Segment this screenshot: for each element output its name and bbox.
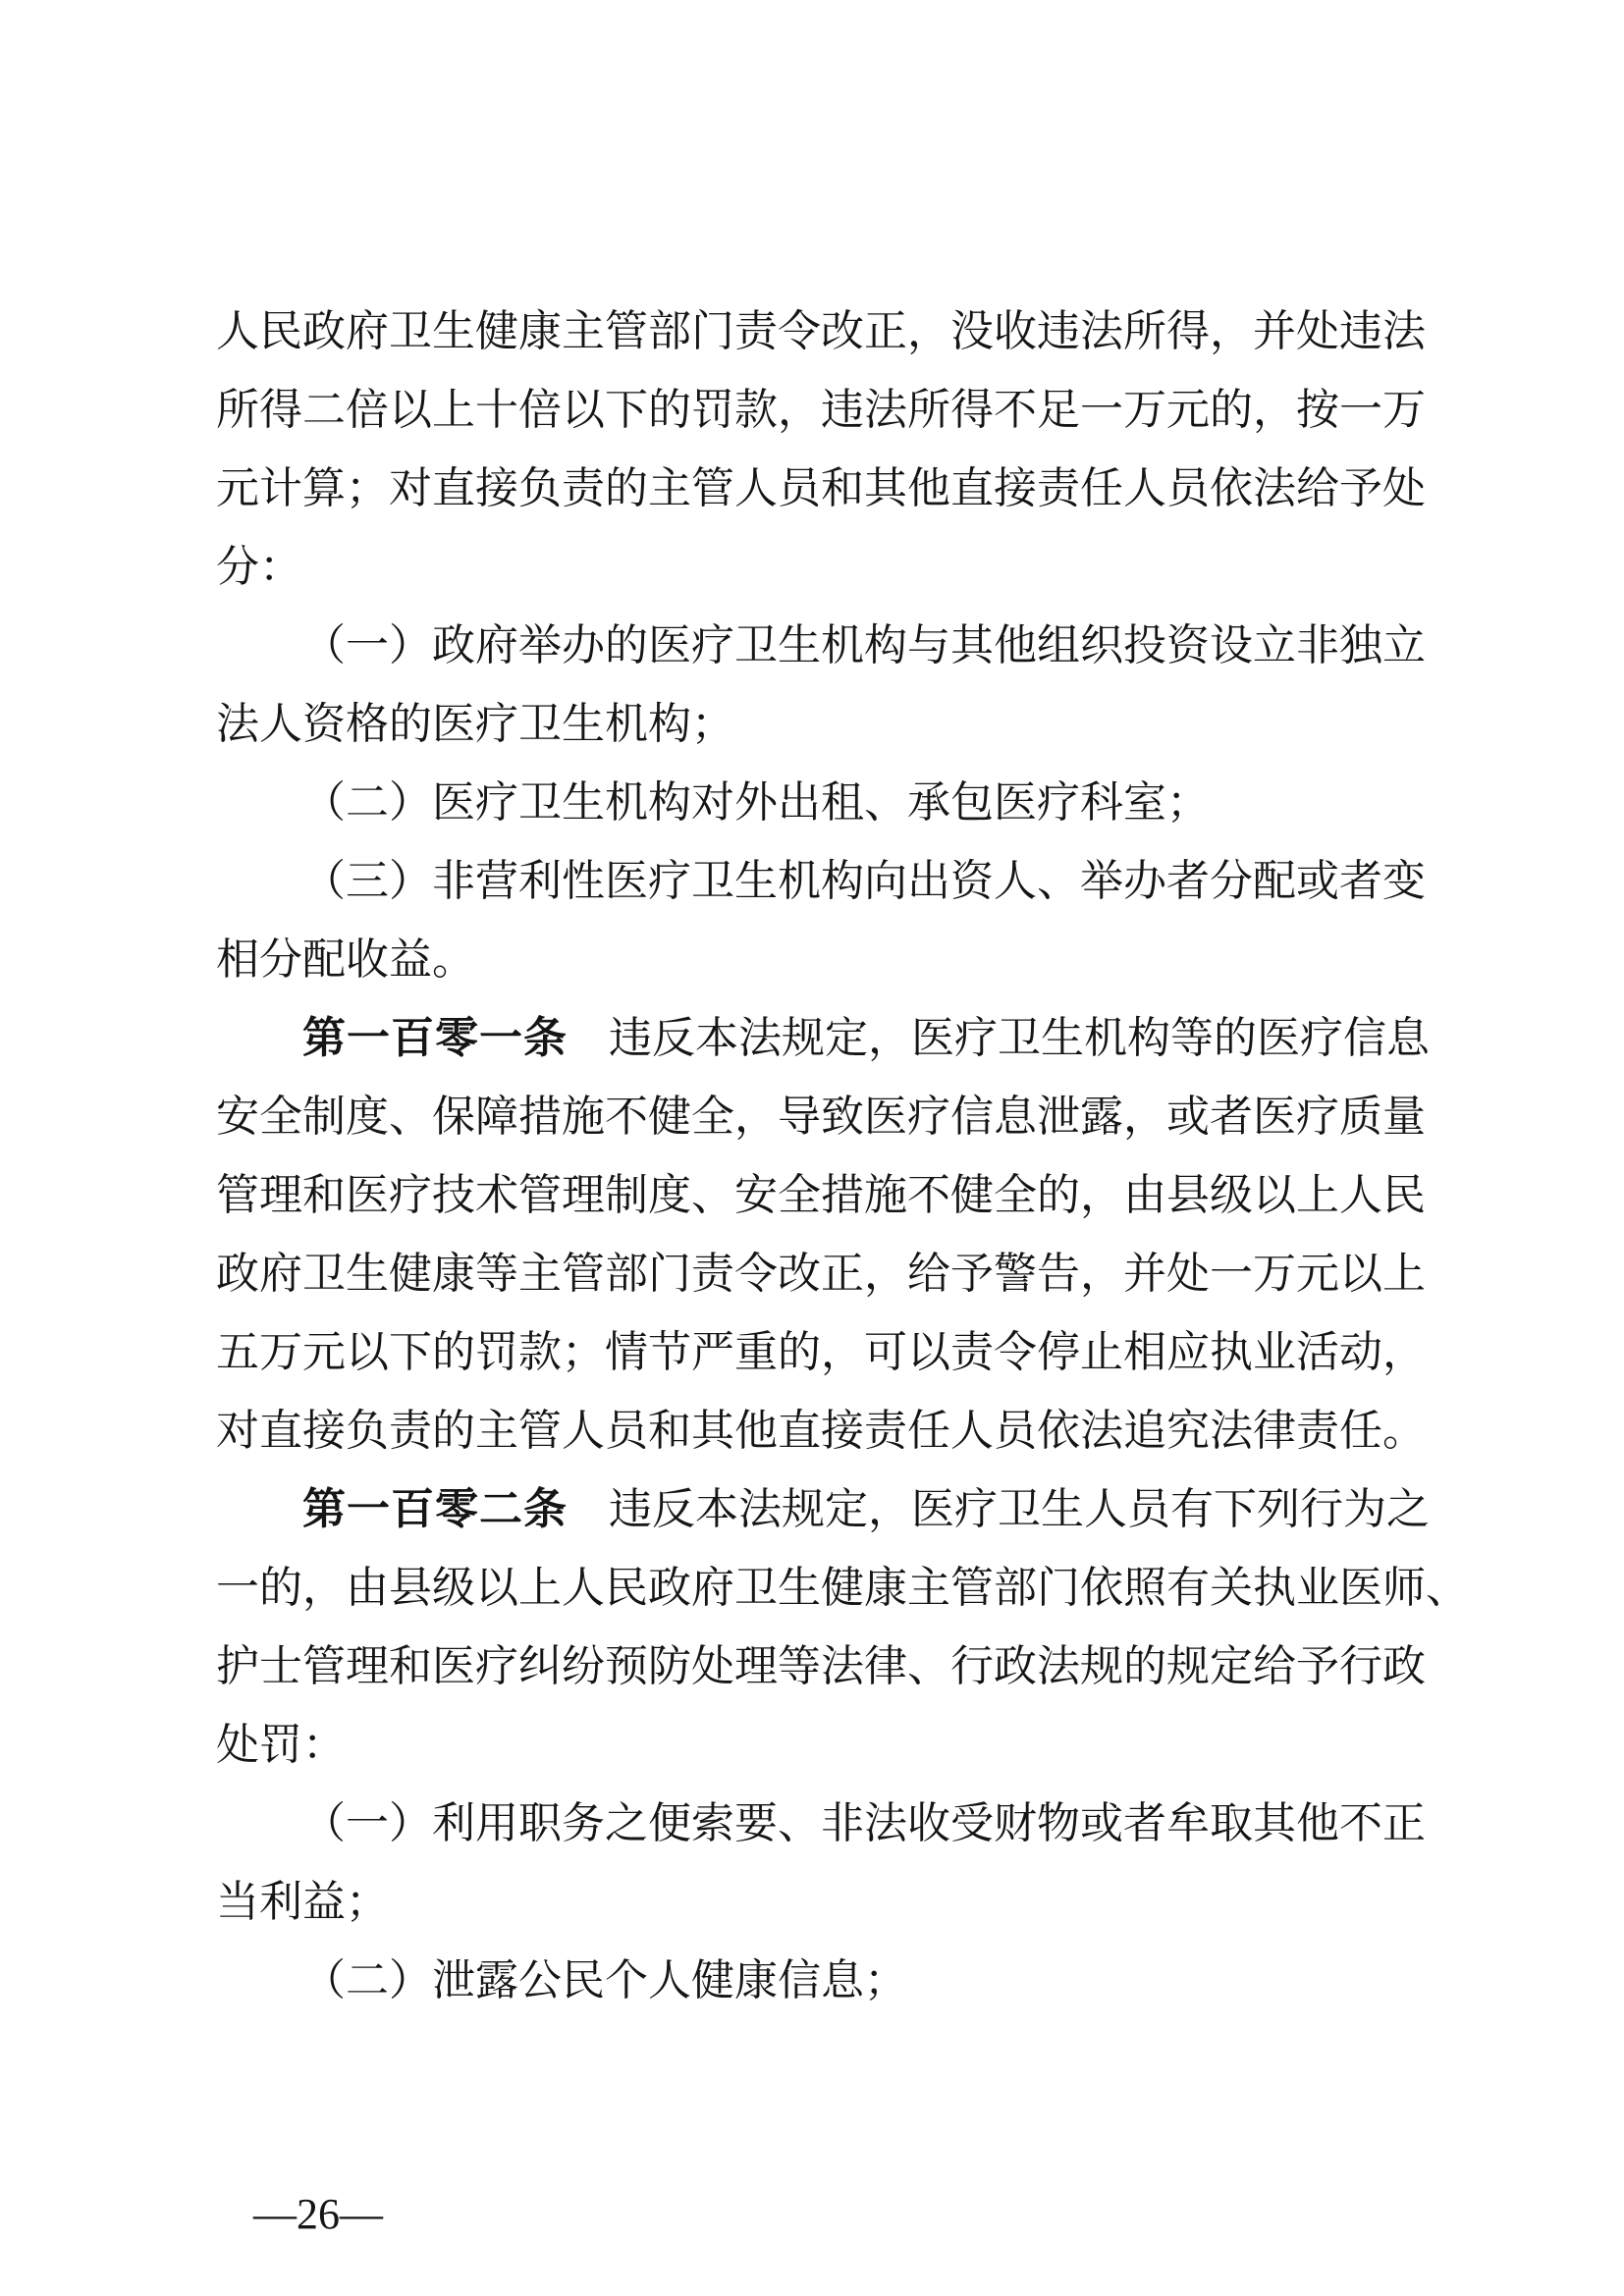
line-text: 人民政府卫生健康主管部门责令改正，没收违法所得，并处违法 [216, 307, 1426, 355]
text-line-list-item: （一）政府举办的医疗卫生机构与其他组织投资设立非独立 [216, 607, 1434, 685]
text-line-list-item: （三）非营利性医疗卫生机构向出资人、举办者分配或者变 [216, 842, 1434, 921]
text-line: 对直接负责的主管人员和其他直接责任人员依法追究法律责任。 [216, 1392, 1434, 1470]
text-line: 安全制度、保障措施不健全，导致医疗信息泄露，或者医疗质量 [216, 1078, 1434, 1156]
article-number: 第一百零二条 [302, 1485, 568, 1533]
line-text: 安全制度、保障措施不健全，导致医疗信息泄露，或者医疗质量 [216, 1093, 1426, 1141]
line-text: 分： [216, 543, 302, 591]
text-line: 当利益； [216, 1863, 1434, 1942]
text-line: 法人资格的医疗卫生机构； [216, 685, 1434, 764]
text-line: 元计算；对直接负责的主管人员和其他直接责任人员依法给予处 [216, 450, 1434, 528]
line-text: 违反本法规定，医疗卫生机构等的医疗信息 [609, 1014, 1430, 1062]
line-text: （二）泄露公民个人健康信息； [302, 1956, 907, 2004]
line-text: 处罚： [216, 1721, 346, 1769]
text-line-list-item: （二）泄露公民个人健康信息； [216, 1942, 1434, 2020]
body-text-block: 人民政府卫生健康主管部门责令改正，没收违法所得，并处违法 所得二倍以上十倍以下的… [216, 293, 1434, 2020]
text-line-article-heading: 第一百零二条违反本法规定，医疗卫生人员有下列行为之 [216, 1470, 1434, 1549]
text-line: 处罚： [216, 1706, 1434, 1785]
line-text: （三）非营利性医疗卫生机构向出资人、举办者分配或者变 [302, 857, 1426, 905]
document-page: 人民政府卫生健康主管部门责令改正，没收违法所得，并处违法 所得二倍以上十倍以下的… [0, 0, 1624, 2296]
text-line: 护士管理和医疗纠纷预防处理等法律、行政法规的规定给予行政 [216, 1628, 1434, 1706]
line-text: 管理和医疗技术管理制度、安全措施不健全的，由县级以上人民 [216, 1171, 1426, 1219]
line-text: 元计算；对直接负责的主管人员和其他直接责任人员依法给予处 [216, 464, 1426, 512]
text-line-list-item: （二）医疗卫生机构对外出租、承包医疗科室； [216, 764, 1434, 842]
line-text: 对直接负责的主管人员和其他直接责任人员依法追究法律责任。 [216, 1407, 1426, 1455]
text-line: 所得二倍以上十倍以下的罚款，违法所得不足一万元的，按一万 [216, 371, 1434, 450]
line-text: 相分配收益。 [216, 935, 475, 984]
text-line-list-item: （一）利用职务之便索要、非法收受财物或者牟取其他不正 [216, 1785, 1434, 1863]
line-text: 五万元以下的罚款；情节严重的，可以责令停止相应执业活动， [216, 1328, 1426, 1376]
text-line-article-heading: 第一百零一条违反本法规定，医疗卫生机构等的医疗信息 [216, 999, 1434, 1078]
text-line: 人民政府卫生健康主管部门责令改正，没收违法所得，并处违法 [216, 293, 1434, 371]
line-text: （一）利用职务之便索要、非法收受财物或者牟取其他不正 [302, 1799, 1426, 1847]
line-text: 所得二倍以上十倍以下的罚款，违法所得不足一万元的，按一万 [216, 386, 1426, 434]
line-text: 当利益； [216, 1878, 389, 1926]
text-line: 政府卫生健康等主管部门责令改正，给予警告，并处一万元以上 [216, 1235, 1434, 1313]
page-number: —26— [253, 2189, 383, 2240]
text-line: 分： [216, 528, 1434, 607]
line-text: （二）医疗卫生机构对外出租、承包医疗科室； [302, 778, 1210, 827]
line-text: 违反本法规定，医疗卫生人员有下列行为之 [609, 1485, 1430, 1533]
text-line: 五万元以下的罚款；情节严重的，可以责令停止相应执业活动， [216, 1313, 1434, 1392]
line-text: 一的，由县级以上人民政府卫生健康主管部门依照有关执业医师、 [216, 1564, 1469, 1612]
article-number: 第一百零一条 [302, 1014, 568, 1062]
line-text: （一）政府举办的医疗卫生机构与其他组织投资设立非独立 [302, 621, 1426, 669]
text-line: 管理和医疗技术管理制度、安全措施不健全的，由县级以上人民 [216, 1156, 1434, 1235]
text-line: 一的，由县级以上人民政府卫生健康主管部门依照有关执业医师、 [216, 1549, 1434, 1628]
line-text: 护士管理和医疗纠纷预防处理等法律、行政法规的规定给予行政 [216, 1642, 1426, 1690]
line-text: 法人资格的医疗卫生机构； [216, 700, 734, 748]
line-text: 政府卫生健康等主管部门责令改正，给予警告，并处一万元以上 [216, 1250, 1426, 1298]
text-line: 相分配收益。 [216, 921, 1434, 999]
